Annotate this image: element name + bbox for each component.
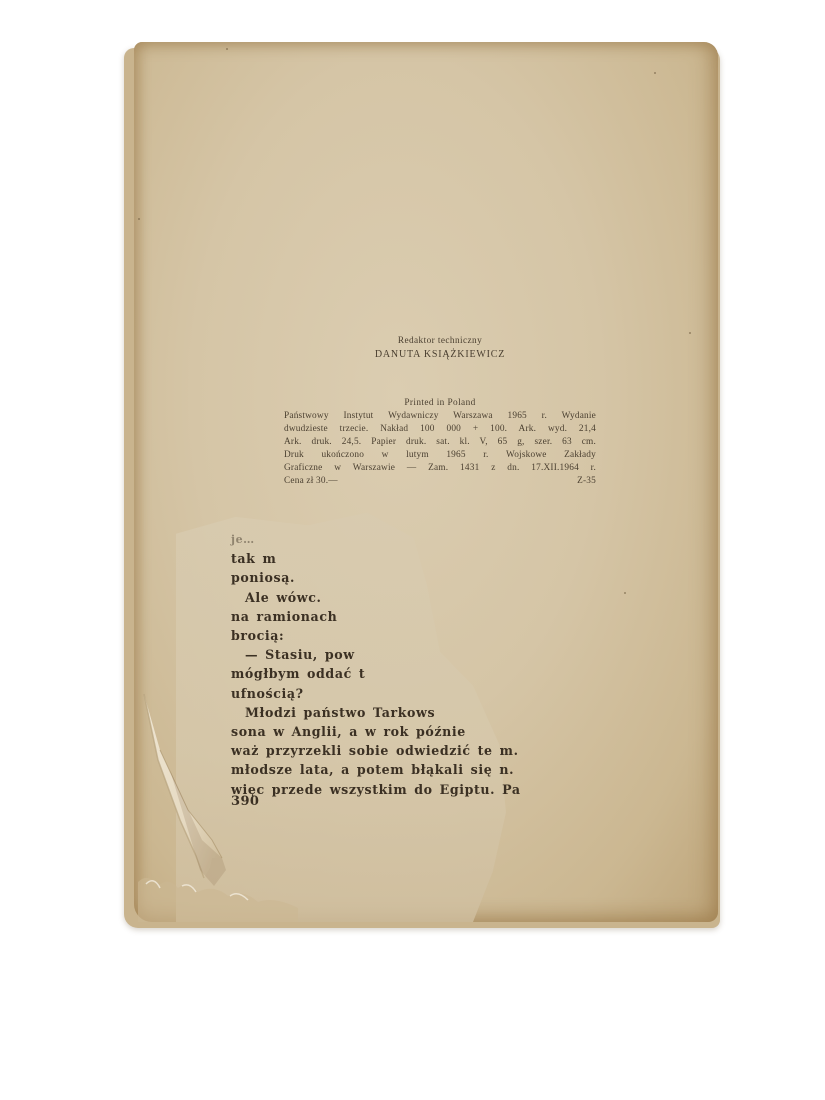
editor-label: Redaktor techniczny <box>284 335 596 348</box>
colophon-line: Ark. druk. 24,5. Papier druk. sat. kl. V… <box>284 436 596 449</box>
paper-speck <box>138 218 140 220</box>
fragment-line: mógłbym oddać t <box>231 664 521 683</box>
fragment-line: poniosą. <box>231 568 521 587</box>
paper-speck <box>654 72 656 74</box>
paper-speck <box>689 332 691 334</box>
colophon-price-row: Cena zł 30.— Z-35 <box>284 475 596 488</box>
torn-edge-icon <box>138 862 298 922</box>
curled-corner-icon <box>140 690 240 890</box>
fragment-line: brocią: <box>231 626 521 645</box>
editor-name: DANUTA KSIĄŻKIEWICZ <box>284 348 596 361</box>
fragment-line: je… <box>231 530 521 549</box>
fragment-line: Młodzi państwo Tarkows <box>231 703 521 722</box>
price: Cena zł 30.— <box>284 475 338 488</box>
colophon-line: Druk ukończono w lutym 1965 r. Wojskowe … <box>284 449 596 462</box>
fragment-line: — Stasiu, pow <box>231 645 521 664</box>
colophon-line: dwudzieste trzecie. Nakład 100 000 + 100… <box>284 423 596 436</box>
printed-in-label: Printed in Poland <box>284 397 596 410</box>
colophon: Redaktor techniczny DANUTA KSIĄŻKIEWICZ … <box>284 335 596 488</box>
print-code: Z-35 <box>577 475 596 488</box>
fragment-line: Ale wówc. <box>231 588 521 607</box>
fragment-line: ufnością? <box>231 684 521 703</box>
colophon-line: Państwowy Instytut Wydawniczy Warszawa 1… <box>284 410 596 423</box>
paper-speck <box>624 592 626 594</box>
fragment-text: je…tak mponiosą.Ale wówc.na ramionachbro… <box>231 530 521 799</box>
fragment-line: sona w Anglii, a w rok późnie <box>231 722 521 741</box>
fragment-line: młodsze lata, a potem błąkali się n. <box>231 760 521 779</box>
fragment-line: waż przyrzekli sobie odwiedzić te m. <box>231 741 521 760</box>
paper-speck <box>226 48 228 50</box>
fragment-line: tak m <box>231 549 521 568</box>
colophon-line: Graficzne w Warszawie — Zam. 1431 z dn. … <box>284 462 596 475</box>
fragment-line: więc przede wszystkim do Egiptu. Pa <box>231 780 521 799</box>
fragment-line: na ramionach <box>231 607 521 626</box>
